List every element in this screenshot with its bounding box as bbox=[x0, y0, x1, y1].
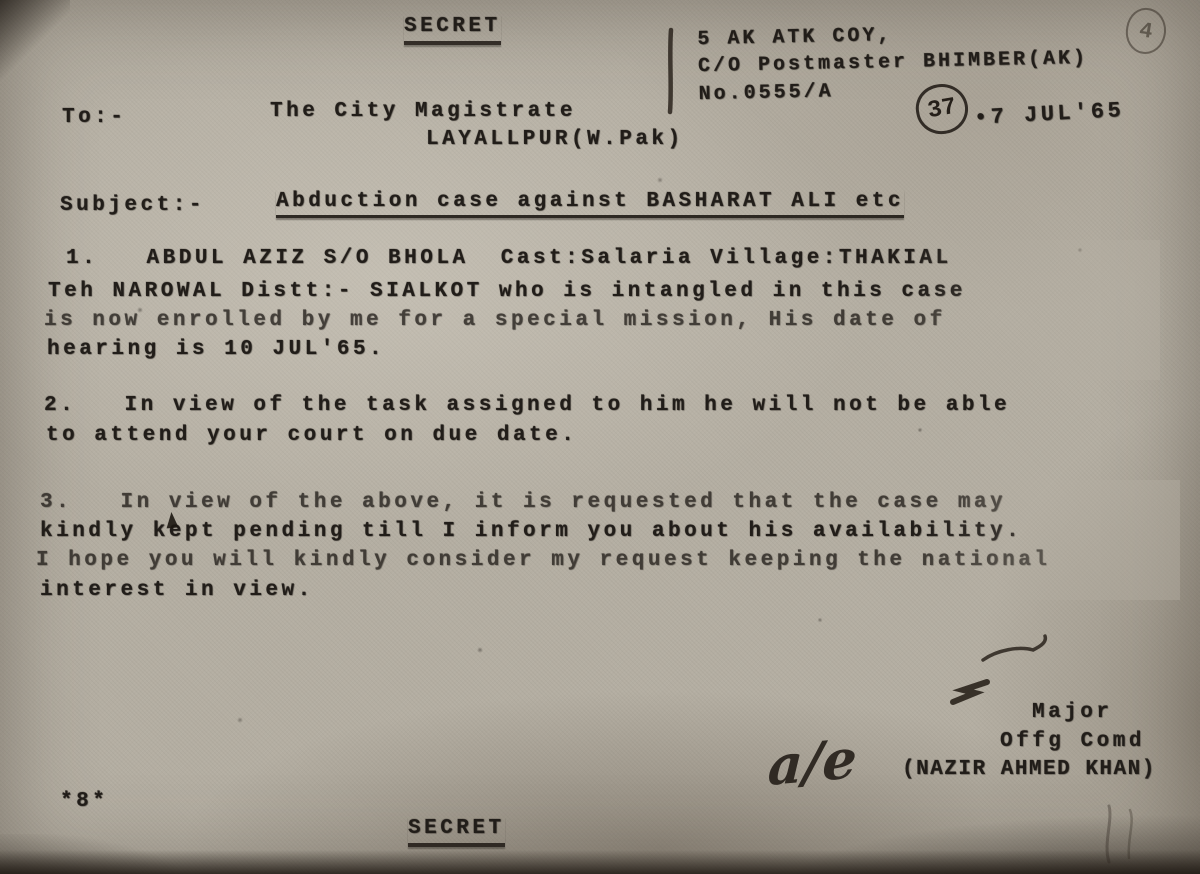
corner-annotation-circle: 4 bbox=[1123, 5, 1170, 57]
recipient-name: The City Magistrate bbox=[270, 100, 576, 123]
classification-bottom: SECRET bbox=[408, 817, 505, 847]
handwritten-initials: a/e bbox=[766, 726, 858, 798]
letterhead-block: 5 AK ATK COY, C/O Postmaster BHIMBER(AK)… bbox=[697, 20, 1089, 106]
signatory-name: (NAZIR AHMED KHAN) bbox=[902, 758, 1156, 781]
para2-line2: to attend your court on due date. bbox=[46, 424, 577, 447]
page-mark: *8* bbox=[60, 790, 108, 813]
recipient-location: LAYALLPUR(W.Pak) bbox=[426, 128, 684, 151]
para3-line3: I hope you will kindly consider my reque… bbox=[36, 549, 1050, 572]
scan-corner-shadow bbox=[0, 834, 180, 874]
para3-line2: kindly kept pending till I inform you ab… bbox=[40, 520, 1022, 543]
to-label: To:- bbox=[62, 106, 126, 129]
signatory-appointment: Offg Comd bbox=[1000, 730, 1145, 753]
para3-line4: interest in view. bbox=[40, 579, 314, 602]
handwritten-tick-mark-icon bbox=[664, 28, 680, 114]
unit-address: C/O Postmaster BHIMBER(AK) bbox=[698, 47, 1088, 78]
para2-line1: 2. In view of the task assigned to him h… bbox=[44, 394, 1010, 417]
signatory-rank: Major bbox=[1032, 701, 1113, 724]
receipt-stamp-number: 37 bbox=[925, 93, 958, 125]
para3-line1: 3. In view of the above, it is requested… bbox=[40, 491, 1006, 514]
unit-name: 5 AK ATK COY, bbox=[697, 20, 1087, 51]
para1-line1: 1. ABDUL AZIZ S/O BHOLA Cast:Salaria Vil… bbox=[66, 247, 952, 270]
reference-number: No.0555/A bbox=[698, 75, 1088, 106]
para1-line4: hearing is 10 JUL'65. bbox=[47, 338, 385, 361]
scanned-memo-document: SECRET 5 AK ATK COY, C/O Postmaster BHIM… bbox=[0, 0, 1200, 874]
corner-annotation-number: 4 bbox=[1138, 18, 1155, 45]
date-stamp: •7 JUL'65 bbox=[973, 98, 1124, 131]
para1-line3: is now enrolled by me for a special miss… bbox=[44, 309, 946, 332]
pen-squiggle-mark-icon bbox=[1095, 800, 1155, 870]
para1-line2: Teh NAROWAL Distt:- SIALKOT who is intan… bbox=[48, 280, 966, 303]
scan-corner-shadow bbox=[0, 0, 70, 80]
classification-top: SECRET bbox=[404, 15, 501, 45]
subject-label: Subject:- bbox=[60, 194, 205, 217]
insertion-caret-mark-icon bbox=[165, 512, 178, 529]
subject-text: Abduction case against BASHARAT ALI etc bbox=[276, 190, 904, 218]
